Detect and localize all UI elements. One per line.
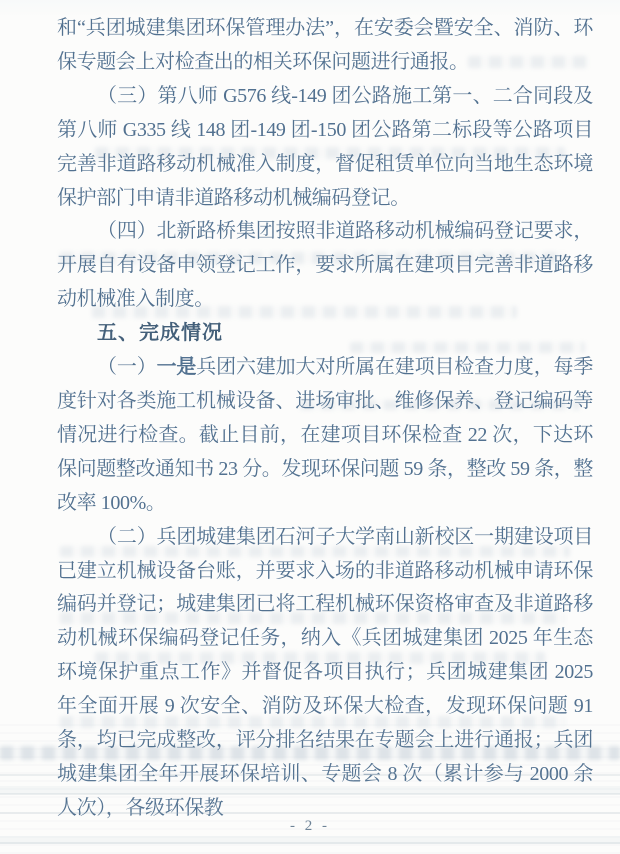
page-number: - 2 - [0,818,620,835]
paragraph-text: （三）第八师 G576 线-149 团公路施工第一、二合同段及第八师 G335 … [57,85,593,209]
paragraph-continuation: 和“兵团城建集团环保管理办法”，在安委会暨安全、消防、环保专题会上对检查出的相关… [57,12,593,80]
section-heading-text: 五、完成情况 [97,322,223,344]
paragraph-text: （二）兵团城建集团石河子大学南山新校区一期建设项目已建立机械设备台账，并要求入场… [57,526,593,819]
paragraph-text: 兵团六建加大对所属在建项目检查力度，每季度针对各类施工机械设备、进场审批、维修保… [57,356,593,514]
scanned-document-page: 和“兵团城建集团环保管理办法”，在安委会暨安全、消防、环保专题会上对检查出的相关… [0,0,620,854]
scan-streak [0,842,620,844]
paragraph-item-two: （二）兵团城建集团石河子大学南山新校区一期建设项目已建立机械设备台账，并要求入场… [57,521,593,826]
paragraph-text: （一） [97,356,157,378]
paragraph-item-three: （三）第八师 G576 线-149 团公路施工第一、二合同段及第八师 G335 … [57,80,593,216]
scan-streak [0,836,620,844]
paragraph-text: 和“兵团城建集团环保管理办法”，在安委会暨安全、消防、环保专题会上对检查出的相关… [57,17,593,73]
paragraph-text: （四）北新路桥集团按照非道路移动机械编码登记要求，开展自有设备申领登记工作，要求… [57,220,593,310]
bold-run: 一是 [157,356,197,378]
paragraph-item-four: （四）北新路桥集团按照非道路移动机械编码登记要求，开展自有设备申领登记工作，要求… [57,215,593,317]
document-body: 和“兵团城建集团环保管理办法”，在安委会暨安全、消防、环保专题会上对检查出的相关… [57,12,593,826]
paragraph-item-one: （一）一是兵团六建加大对所属在建项目检查力度，每季度针对各类施工机械设备、进场审… [57,351,593,521]
section-heading: 五、完成情况 [57,317,593,351]
